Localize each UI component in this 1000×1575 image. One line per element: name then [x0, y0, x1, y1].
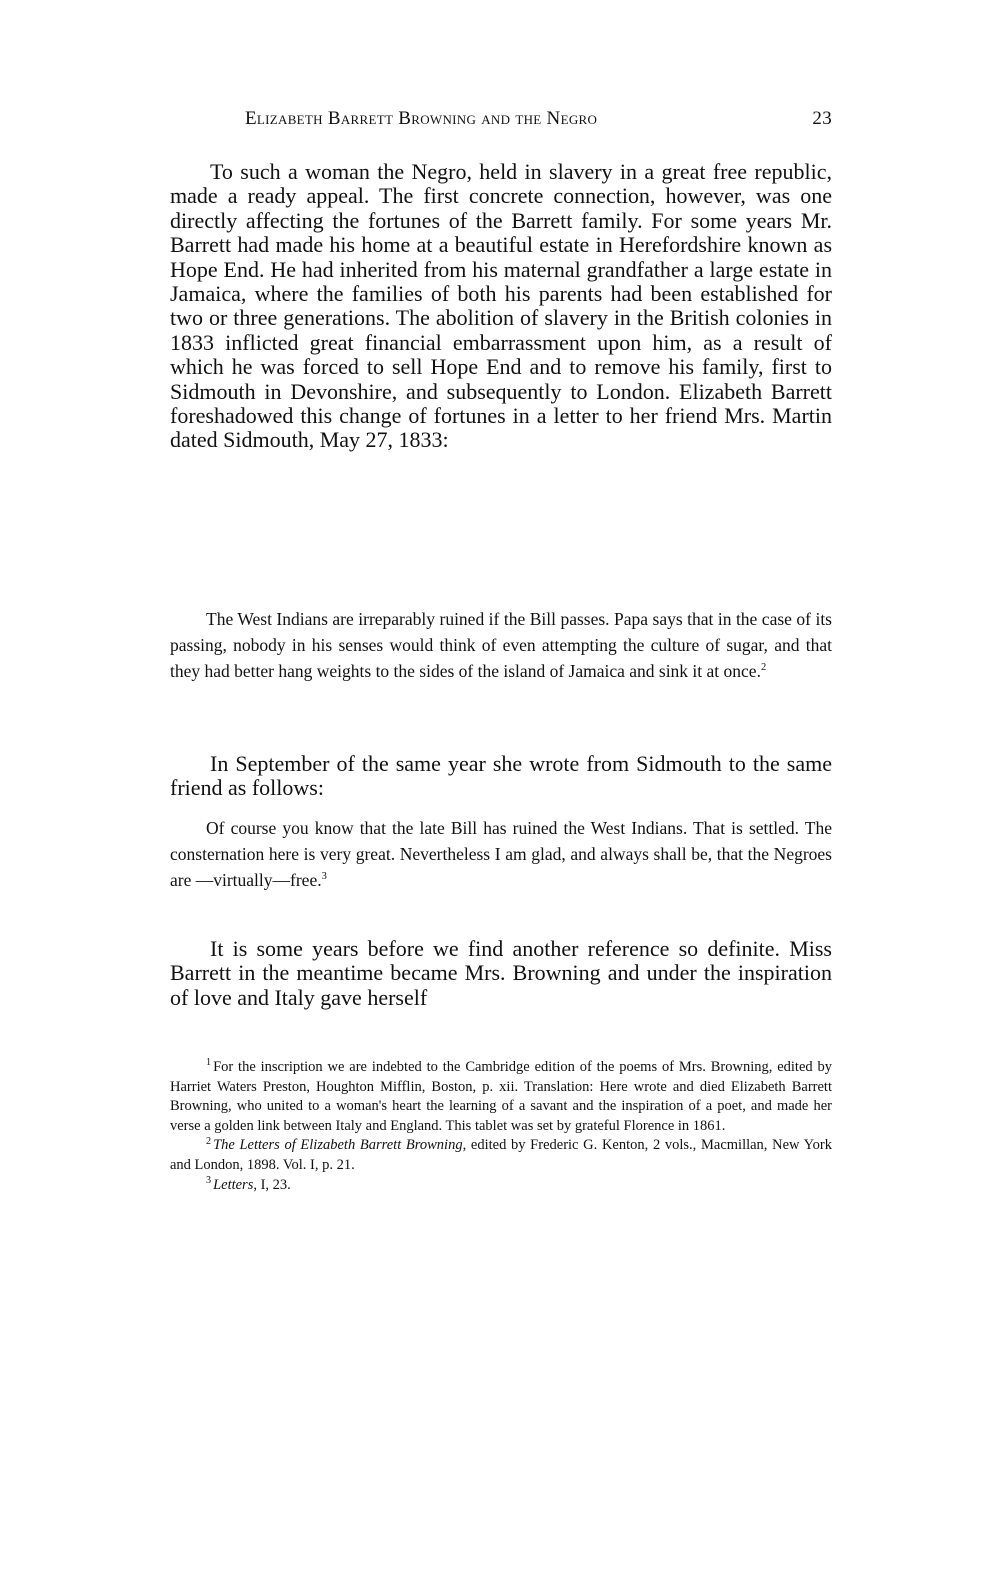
- footnote-title: The Letters of Elizabeth Barrett Brownin…: [213, 1137, 463, 1153]
- page-number: 23: [812, 108, 832, 130]
- running-header: Elizabeth Barrett Browning and the Negro…: [170, 108, 832, 138]
- quote-text: The West Indians are irreparably ruined …: [170, 606, 832, 684]
- footnote-2: 2The Letters of Elizabeth Barrett Browni…: [170, 1136, 832, 1175]
- footnote-mark: 2: [206, 1136, 211, 1147]
- quote-body: The West Indians are irreparably ruined …: [170, 609, 832, 681]
- paragraph-text: In September of the same year she wrote …: [170, 752, 832, 801]
- footnote-mark: 1: [206, 1057, 211, 1068]
- block-quote-1: The West Indians are irreparably ruined …: [170, 606, 832, 684]
- body-paragraph-3: It is some years before we find another …: [170, 937, 832, 1010]
- block-quote-2: Of course you know that the late Bill ha…: [170, 815, 832, 893]
- footnote-ref-3[interactable]: 3: [322, 871, 327, 882]
- footnote-ref-2[interactable]: 2: [761, 662, 766, 673]
- paragraph-text: To such a woman the Negro, held in slave…: [170, 160, 832, 453]
- running-title: Elizabeth Barrett Browning and the Negro: [245, 108, 597, 130]
- footnote-1: 1For the inscription we are indebted to …: [170, 1058, 832, 1136]
- paragraph-text: It is some years before we find another …: [170, 937, 832, 1010]
- footnote-text: , I, 23.: [253, 1177, 290, 1193]
- quote-body: Of course you know that the late Bill ha…: [170, 818, 832, 890]
- body-paragraph-2: In September of the same year she wrote …: [170, 752, 832, 801]
- footnote-mark: 3: [206, 1175, 211, 1186]
- footnotes: 1For the inscription we are indebted to …: [170, 1058, 832, 1195]
- footnote-3: 3Letters, I, 23.: [170, 1176, 832, 1196]
- quote-text: Of course you know that the late Bill ha…: [170, 815, 832, 893]
- footnote-title: Letters: [213, 1177, 253, 1193]
- footnote-text: For the inscription we are indebted to t…: [170, 1059, 832, 1134]
- body-paragraph-1: To such a woman the Negro, held in slave…: [170, 160, 832, 453]
